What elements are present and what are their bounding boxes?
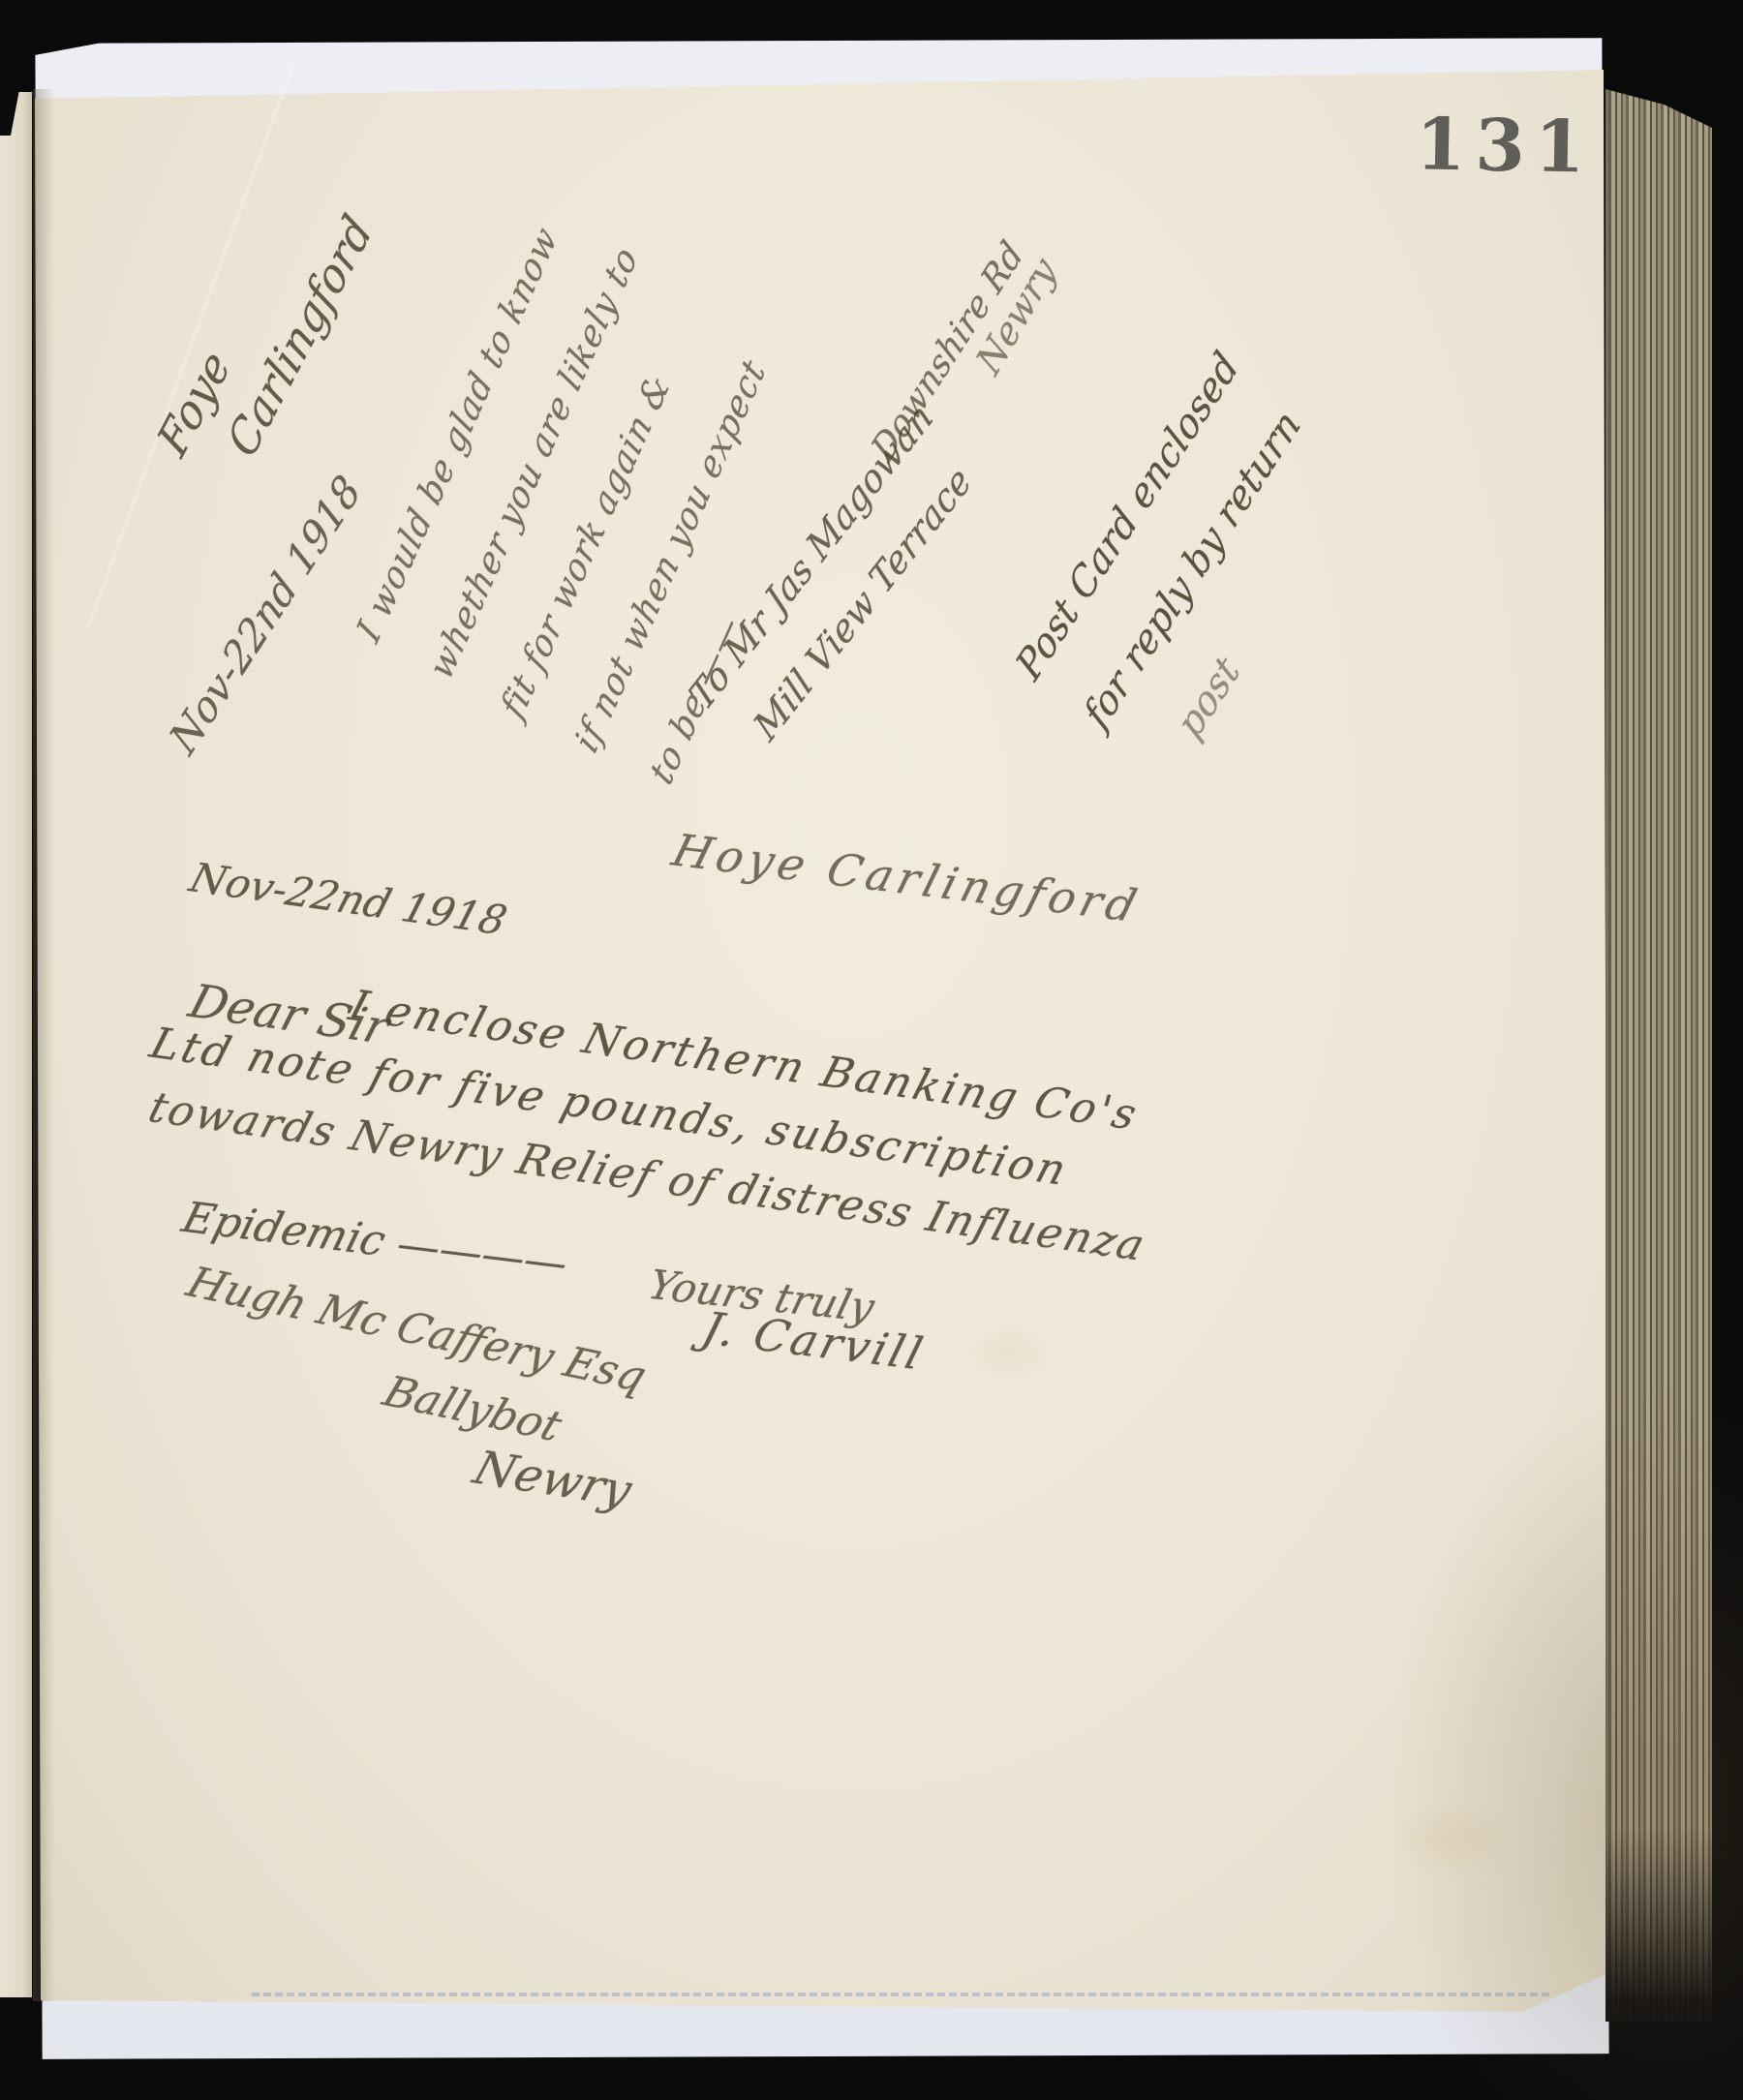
page-number-stamp: 131 xyxy=(1415,103,1595,189)
gutter-shadow xyxy=(33,89,54,2001)
fore-edge-page-stack xyxy=(1605,83,1712,2022)
blue-edge-marks xyxy=(252,1993,1549,1996)
letter-book-scan: 131 Foye Carlingford Nov-22nd 1918 I wou… xyxy=(0,0,1743,2100)
previous-page-edge xyxy=(0,92,32,1997)
